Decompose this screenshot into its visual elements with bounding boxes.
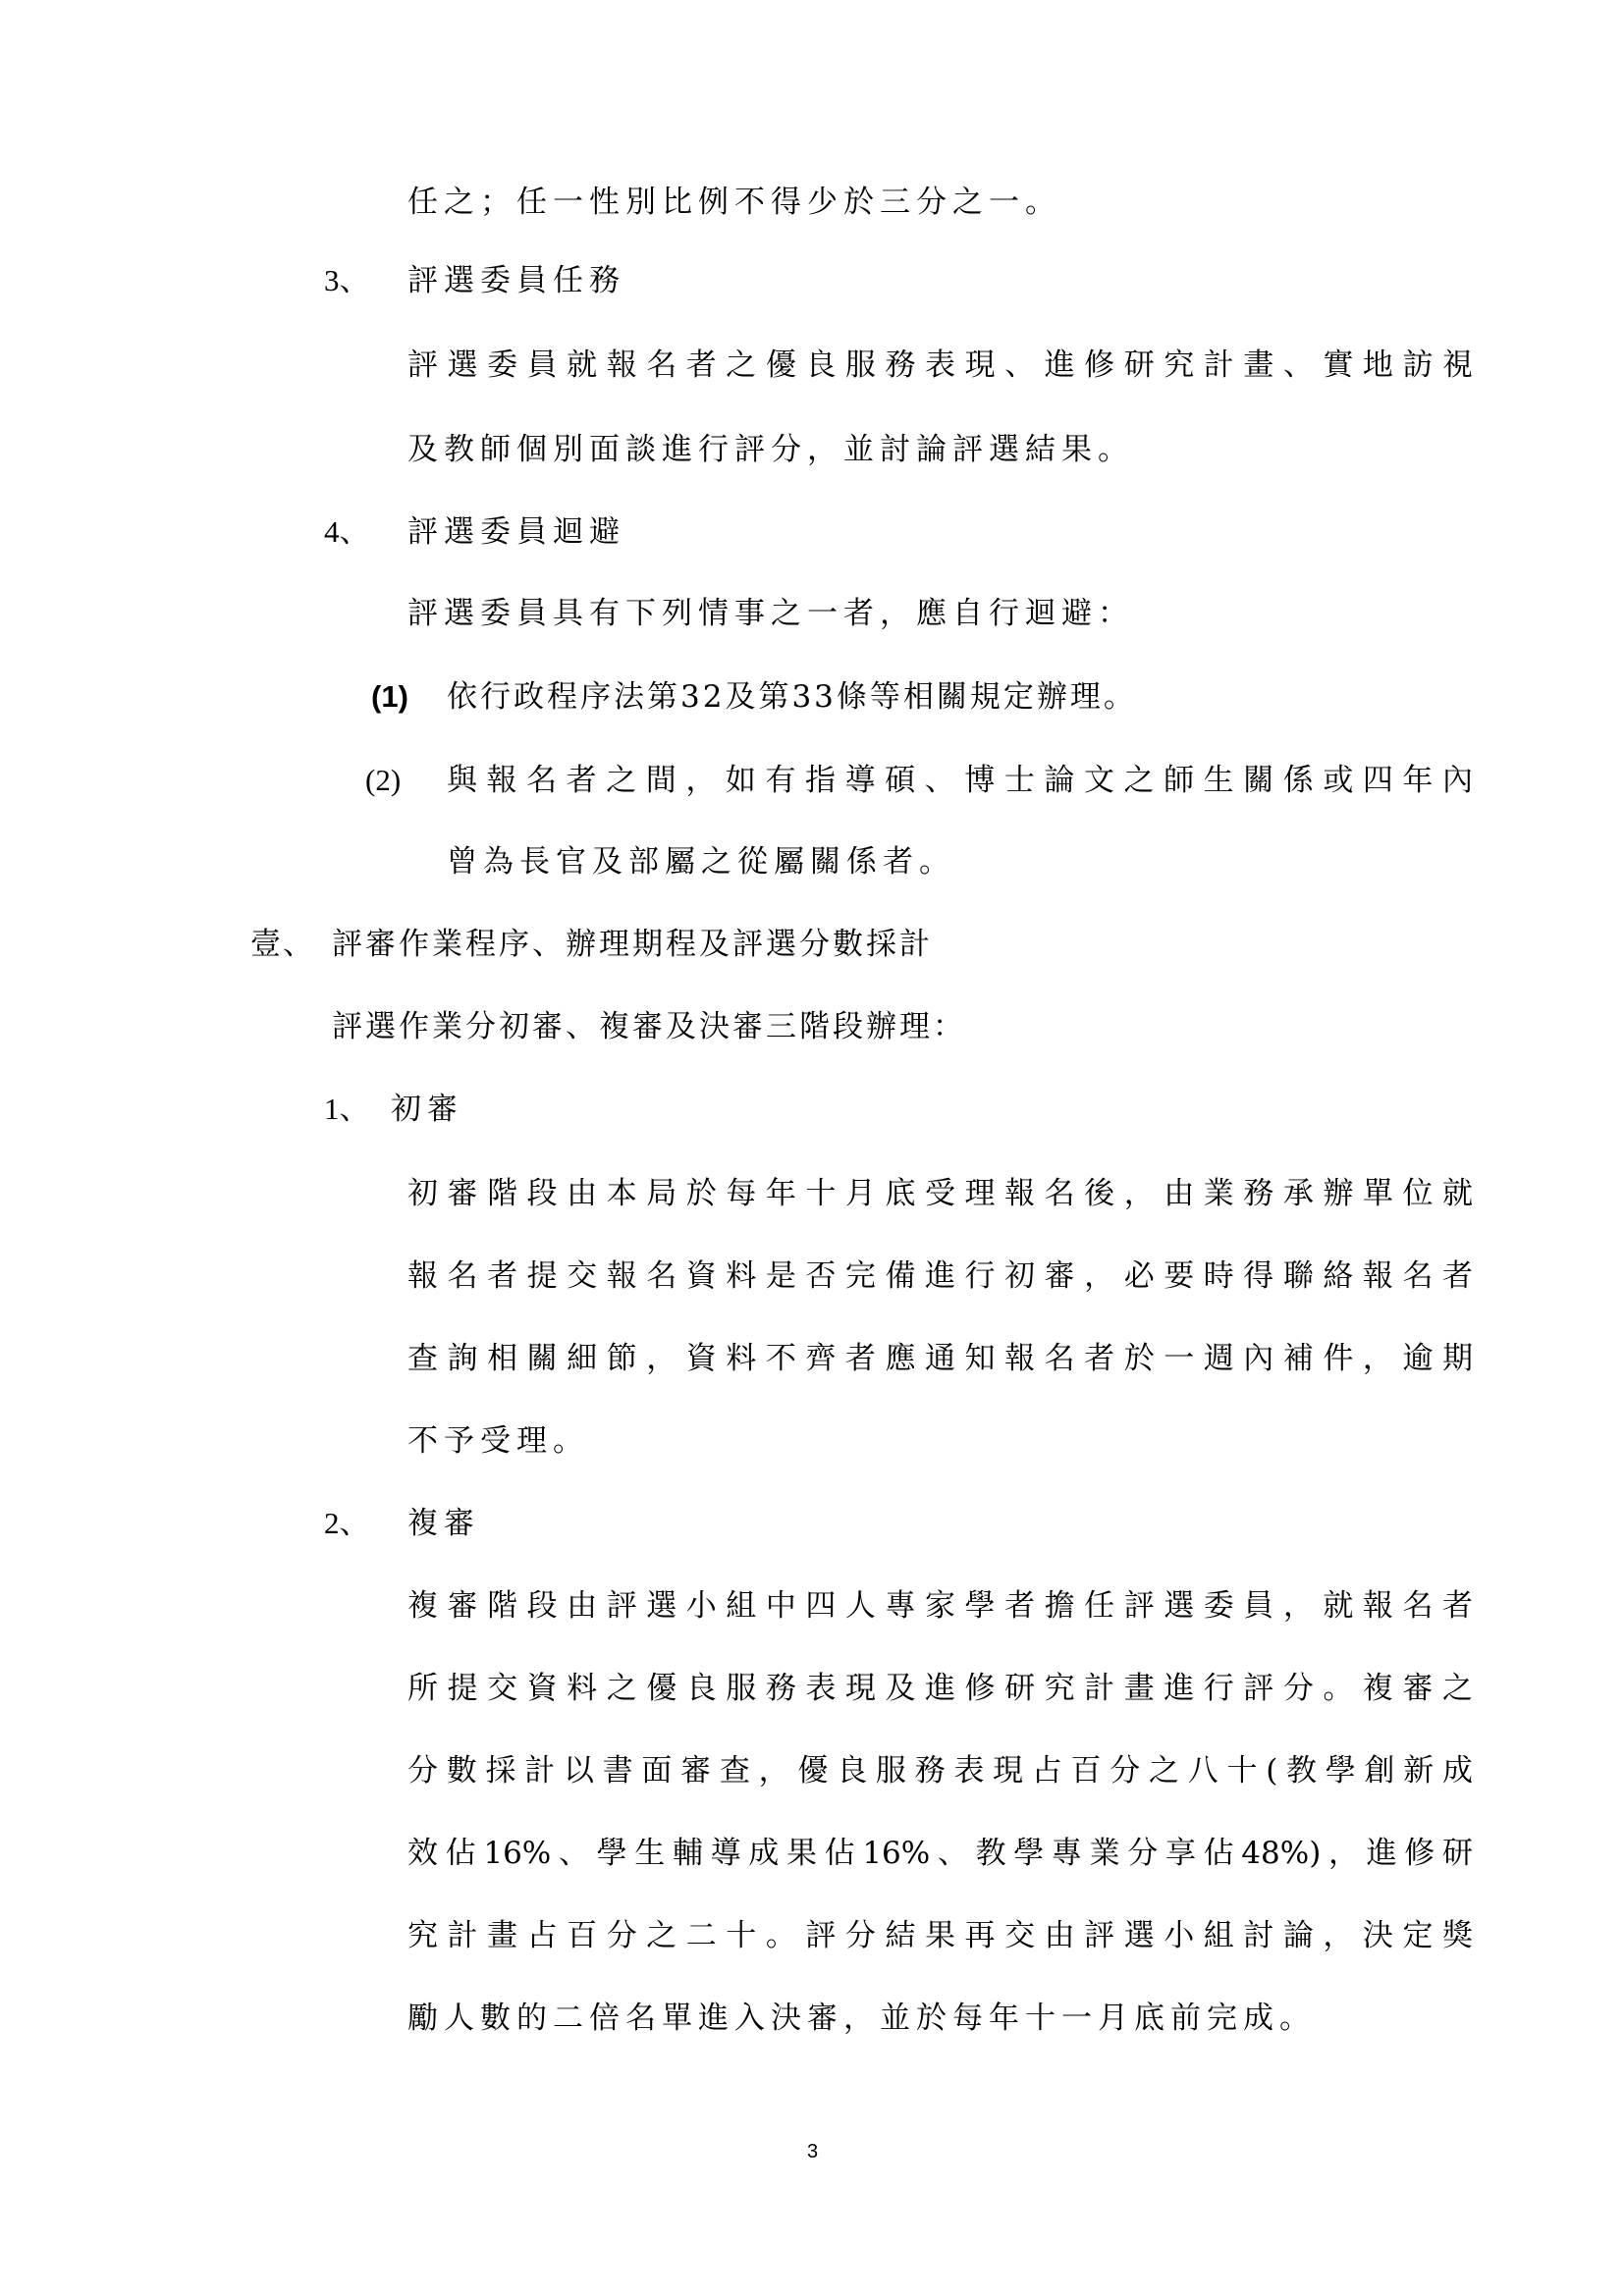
paragraph-line: 及教師個別面談進行評分，並討論評選結果。 [407,430,1134,469]
item-marker-4: 4、 [324,512,370,552]
subitem-marker-1: (1) [371,677,408,717]
item-title-evaluator-duties: 評選委員任務 [407,261,625,300]
paragraph-line: 評選作業分初審、複審及決審三階段辦理： [332,1007,966,1046]
item-marker-3: 3、 [324,261,370,300]
paragraph-line: 查詢相關細節，資料不齊者應通知報名者於一週內補件，逾期 [407,1339,1473,1378]
paragraph-line: 評選委員就報名者之優良服務表現、進修研究計畫、實地訪視 [407,346,1473,385]
paragraph-line: 複審階段由評選小組中四人專家學者擔任評選委員，就報名者 [407,1586,1473,1626]
paragraph-line: 所提交資料之優良服務表現及進修研究計畫進行評分。複審之 [407,1669,1473,1708]
paragraph-line: 不予受理。 [407,1421,589,1461]
paragraph-line: 究計畫占百分之二十。評分結果再交由評選小組討論，決定獎 [407,1916,1473,1955]
item-title-secondary-review: 複審 [407,1504,480,1543]
paragraph-line: 效佔16%、學生輔導成果佔16%、教學專業分享佔48%)，進修研 [407,1834,1473,1873]
subitem-line: 與報名者之間，如有指導碩、博士論文之師生關係或四年內 [447,761,1473,800]
subitem-line: 曾為長官及部屬之從屬關係者。 [447,842,955,881]
section-marker: 壹、 [250,925,315,964]
paragraph-line: 勵人數的二倍名單進入決審，並於每年十一月底前完成。 [407,1999,1316,2038]
item-marker-2: 2、 [324,1504,370,1543]
subitem-marker-2: (2) [365,761,401,800]
continuation-text: 任之；任一性別比例不得少於三分之一。 [407,183,1061,222]
paragraph-line: 分數採計以書面審查，優良服務表現占百分之八十(教學創新成 [407,1751,1473,1790]
paragraph-line: 評選委員具有下列情事之一者，應自行迴避： [407,594,1134,633]
subitem-line: 依行政程序法第32及第33條等相關規定辦理。 [447,677,1137,717]
page-number: 3 [807,2140,818,2163]
section-title: 評審作業程序、辦理期程及評選分數採計 [332,925,933,964]
item-title-preliminary-review: 初審 [391,1090,463,1129]
paragraph-line: 報名者提交報名資料是否完備進行初審，必要時得聯絡報名者 [407,1256,1473,1296]
item-marker-1: 1、 [324,1090,370,1129]
paragraph-line: 初審階段由本局於每年十月底受理報名後，由業務承辦單位就 [407,1174,1473,1213]
item-title-evaluator-recusal: 評選委員迴避 [407,512,625,552]
